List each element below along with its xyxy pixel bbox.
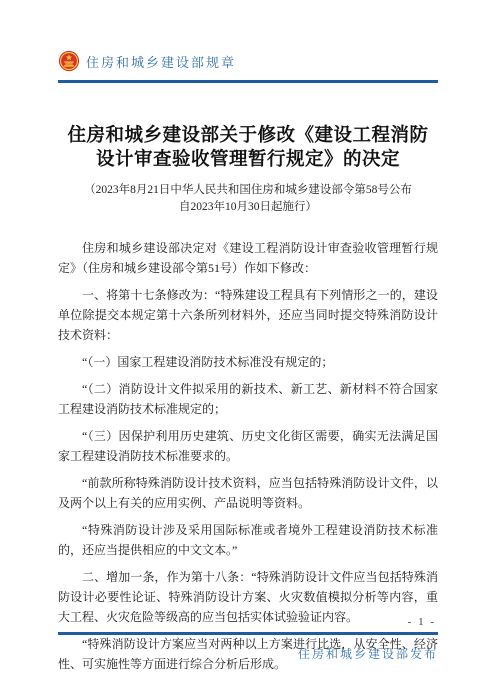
- footer-divider-line: [58, 632, 438, 635]
- document-title: 住房和城乡建设部关于修改《建设工程消防 设计审查验收管理暂行规定》的决定: [58, 124, 438, 172]
- decree-info: （2023年8月21日中华人民共和国住房和城乡建设部令第58号公布 自2023年…: [58, 182, 438, 216]
- header-divider-line: [58, 80, 438, 83]
- body-paragraph: “特殊消防设计涉及采用国际标准或者境外工程建设消防技术标准的，还应当提供相应的中…: [58, 520, 438, 560]
- document-title-line1: 住房和城乡建设部关于修改《建设工程消防: [58, 124, 438, 148]
- body-paragraph: “（三）因保护利用历史建筑、历史文化街区需要，确实无法满足国家工程建设消防技术标…: [58, 426, 438, 466]
- document-category-label: 住房和城乡建设部规章: [86, 52, 236, 71]
- decree-info-line2: 自2023年10月30日起施行）: [58, 199, 438, 216]
- page-number: - 1 -: [58, 616, 438, 628]
- decree-info-line1: （2023年8月21日中华人民共和国住房和城乡建设部令第58号公布: [58, 182, 438, 199]
- page-header: 住房和城乡建设部规章: [58, 50, 438, 83]
- document-body: 住房和城乡建设部决定对《建设工程消防设计审查验收管理暂行规定》（住房和城乡建设部…: [58, 238, 438, 681]
- national-emblem-icon: [58, 50, 80, 72]
- body-paragraph: “前款所称特殊消防设计技术资料，应当包括特殊消防设计文件，以及两个以上有关的应用…: [58, 473, 438, 513]
- body-paragraph: 住房和城乡建设部决定对《建设工程消防设计审查验收管理暂行规定》（住房和城乡建设部…: [58, 238, 438, 278]
- document-title-line2: 设计审查验收管理暂行规定》的决定: [58, 148, 438, 172]
- body-paragraph: 一、将第十七条修改为：“特殊建设工程具有下列情形之一的，建设单位除提交本规定第十…: [58, 285, 438, 345]
- page-footer: - 1 - 住房和城乡建设部发布: [58, 616, 438, 662]
- publisher-label: 住房和城乡建设部发布: [58, 645, 438, 662]
- body-paragraph: “（二）消防设计文件拟采用的新技术、新工艺、新材料不符合国家工程建设消防技术标准…: [58, 379, 438, 419]
- body-paragraph: “（一）国家工程建设消防技术标准没有规定的；: [58, 352, 438, 372]
- document-page: { "header": { "label": "住房和城乡建设部规章" }, "…: [0, 0, 495, 700]
- document-content: 住房和城乡建设部规章 住房和城乡建设部关于修改《建设工程消防 设计审查验收管理暂…: [58, 0, 438, 700]
